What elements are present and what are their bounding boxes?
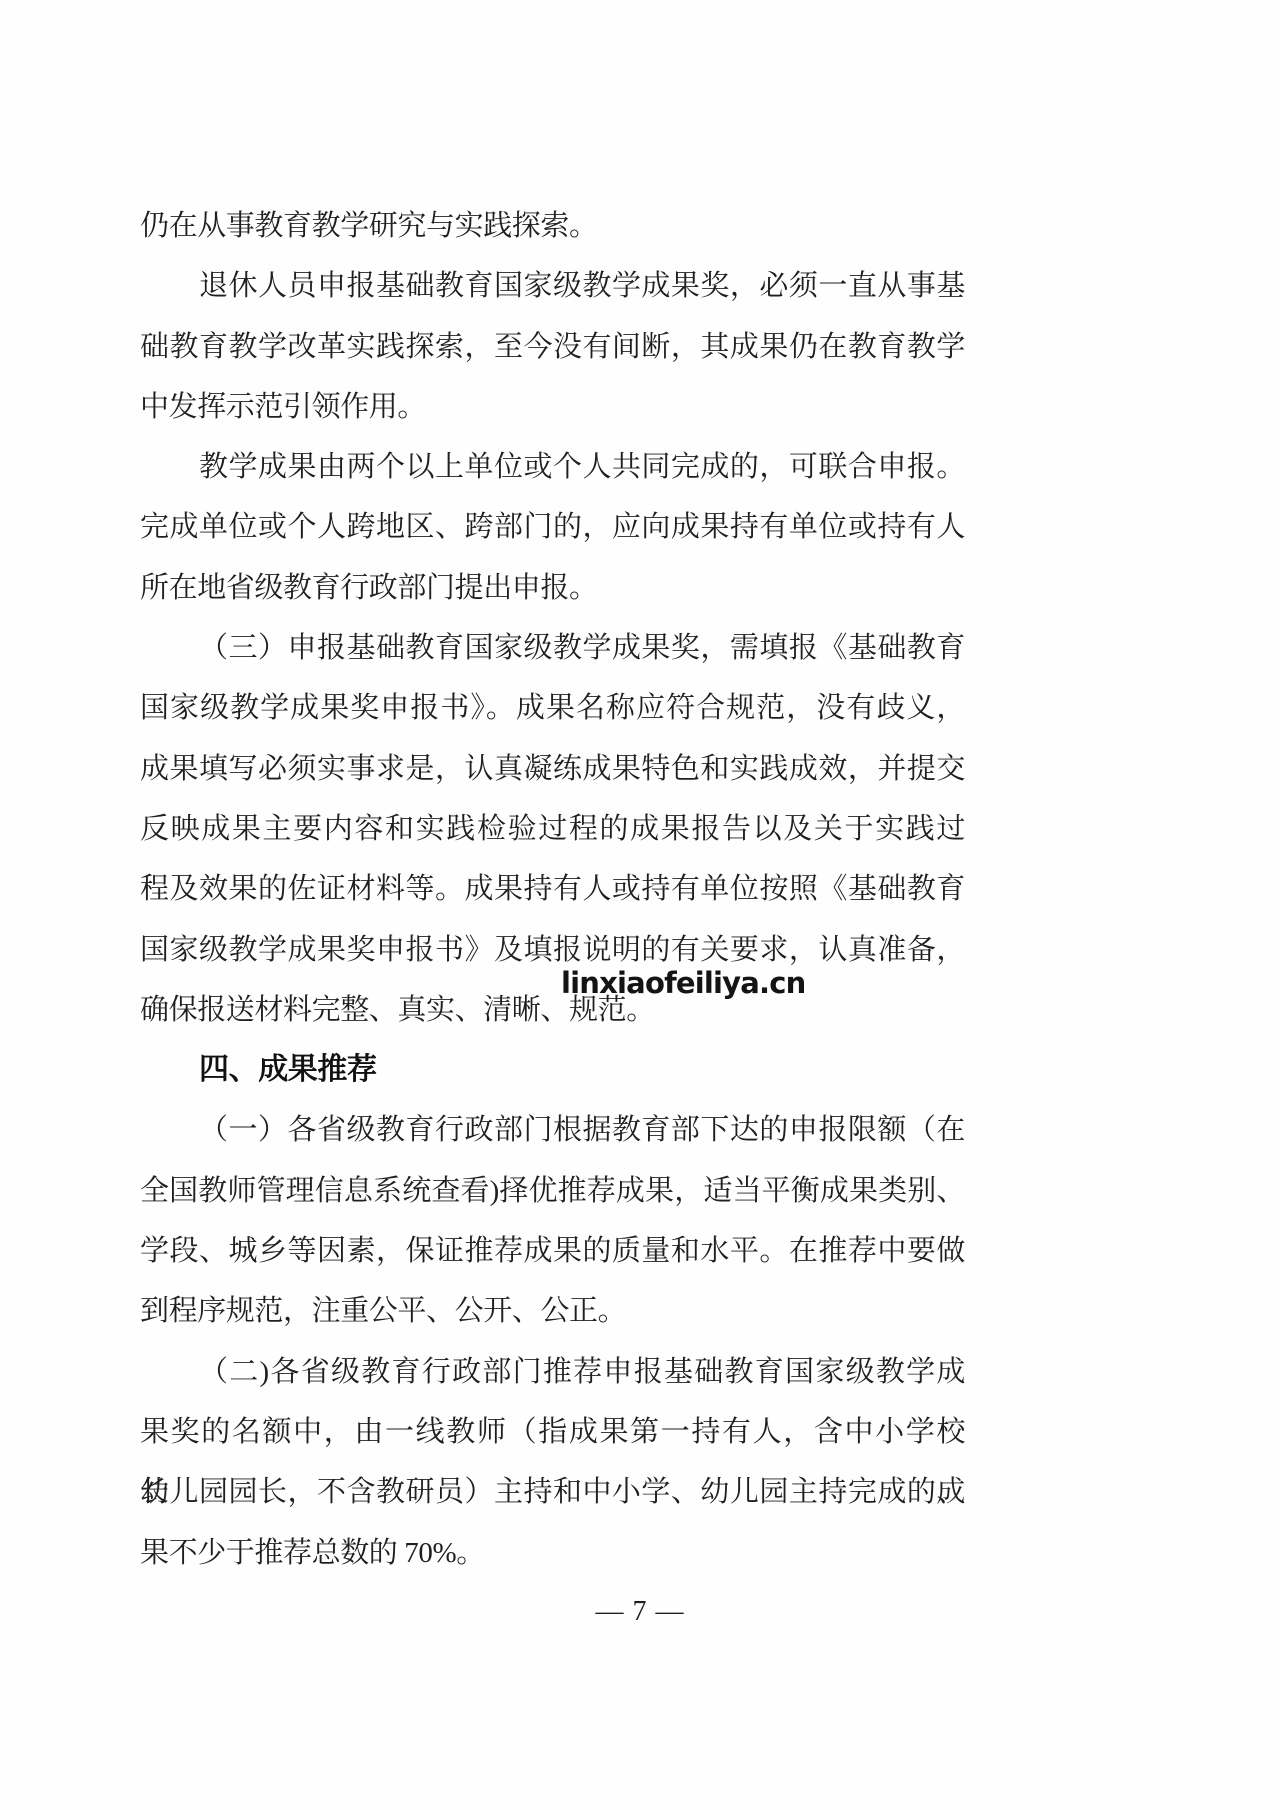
text-line: 中发挥示范引领作用。	[140, 377, 965, 437]
text-line: 程及效果的佐证材料等。成果持有人或持有单位按照《基础教育	[140, 859, 965, 919]
text-line: 完成单位或个人跨地区、跨部门的，应向成果持有单位或持有人	[140, 497, 965, 557]
text-line: 教学成果由两个以上单位或个人共同完成的，可联合申报。	[140, 437, 965, 497]
watermark: linxiaofeiliya.cn	[561, 966, 806, 1001]
text-line: 所在地省级教育行政部门提出申报。	[140, 558, 965, 618]
document-body: 仍在从事教育教学研究与实践探索。退休人员申报基础教育国家级教学成果奖，必须一直从…	[140, 196, 965, 1583]
text-line: 果不少于推荐总数的 70%。	[140, 1523, 965, 1583]
text-line: 到程序规范，注重公平、公开、公正。	[140, 1281, 965, 1341]
text-line: 四、成果推荐	[140, 1040, 965, 1100]
text-line: 果奖的名额中，由一线教师（指成果第一持有人，含中小学校长、	[140, 1402, 965, 1462]
text-line: 全国教师管理信息系统查看)择优推荐成果，适当平衡成果类别、	[140, 1161, 965, 1221]
text-line: 成果填写必须实事求是，认真凝练成果特色和实践成效，并提交	[140, 739, 965, 799]
text-line: （二)各省级教育行政部门推荐申报基础教育国家级教学成	[140, 1342, 965, 1402]
text-line: 础教育教学改革实践探索，至今没有间断，其成果仍在教育教学	[140, 317, 965, 377]
text-line: 国家级教学成果奖申报书》。成果名称应符合规范，没有歧义，	[140, 678, 965, 738]
text-line: 学段、城乡等因素，保证推荐成果的质量和水平。在推荐中要做	[140, 1221, 965, 1281]
text-line: 幼儿园园长，不含教研员）主持和中小学、幼儿园主持完成的成	[140, 1462, 965, 1522]
text-line: 反映成果主要内容和实践检验过程的成果报告以及关于实践过	[140, 799, 965, 859]
text-line: 退休人员申报基础教育国家级教学成果奖，必须一直从事基	[140, 256, 965, 316]
text-line: （三）申报基础教育国家级教学成果奖，需填报《基础教育	[140, 618, 965, 678]
text-line: 仍在从事教育教学研究与实践探索。	[140, 196, 965, 256]
page-number: — 7 —	[0, 1596, 1280, 1628]
text-line: 国家级教学成果奖申报书》及填报说明的有关要求，认真准备，	[140, 920, 965, 980]
document-page: 仍在从事教育教学研究与实践探索。退休人员申报基础教育国家级教学成果奖，必须一直从…	[0, 0, 1280, 1810]
text-line: 确保报送材料完整、真实、清晰、规范。	[140, 980, 965, 1040]
text-line: （一）各省级教育行政部门根据教育部下达的申报限额（在	[140, 1100, 965, 1160]
